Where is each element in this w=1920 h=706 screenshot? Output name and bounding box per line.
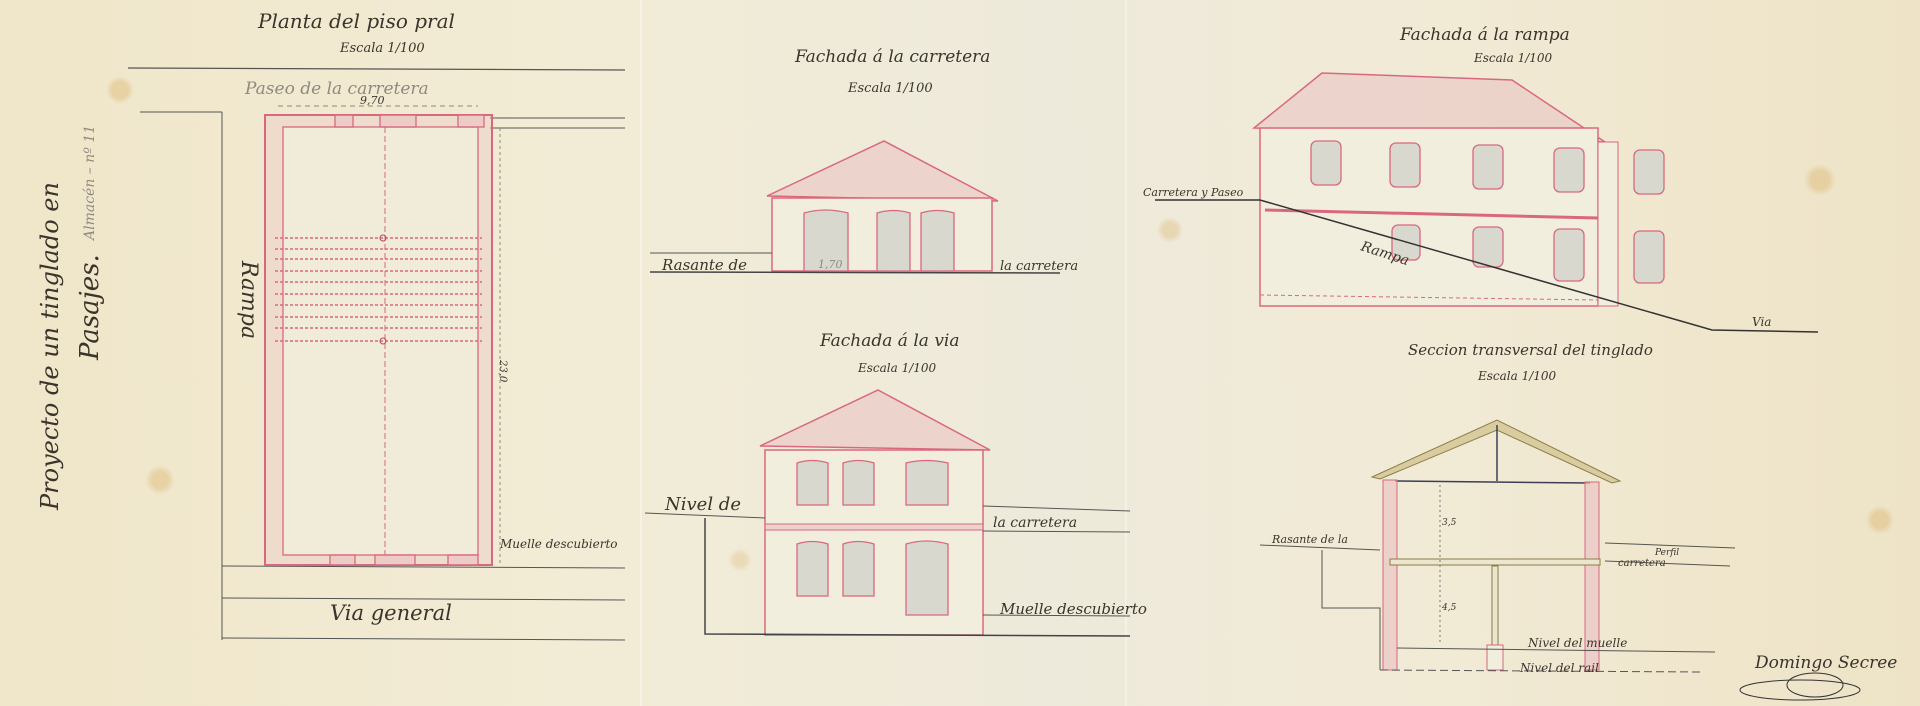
level-label-left: Nivel de bbox=[664, 494, 741, 515]
facade-rail-scale: Escala 1/100 bbox=[857, 361, 937, 375]
facade-ramp-scale: Escala 1/100 bbox=[1473, 51, 1553, 65]
project-title-text: Proyecto de un tinglado en bbox=[36, 182, 64, 511]
facade-ramp: Fachada á la rampa Escala 1/100 Carreter… bbox=[1143, 25, 1818, 332]
plan-title: Planta del piso pral bbox=[257, 9, 455, 33]
grade-label-left: Rasante de bbox=[661, 256, 747, 274]
grade-label-right: la carretera bbox=[1000, 259, 1078, 274]
section-floor-label: Nivel del muelle bbox=[1527, 636, 1627, 650]
architectural-drawing-sheet: Proyecto de un tinglado en Pasajes. Alma… bbox=[0, 0, 1920, 706]
signature-text: Domingo Secree bbox=[1754, 653, 1897, 673]
ramp-right-label: Via bbox=[1752, 315, 1771, 329]
drawing-canvas: Proyecto de un tinglado en Pasajes. Alma… bbox=[0, 0, 1920, 706]
section-title: Seccion transversal del tinglado bbox=[1408, 341, 1653, 359]
facade-road-scale: Escala 1/100 bbox=[847, 81, 933, 96]
signature: Domingo Secree bbox=[1740, 653, 1897, 700]
section-profile-label: Perfil bbox=[1654, 548, 1679, 558]
facade-rail: Fachada á la via Escala 1/100 Nivel de l… bbox=[645, 331, 1147, 636]
grade-dim: 1,70 bbox=[818, 258, 843, 271]
floor-plan: Planta del piso pral Escala 1/100 Paseo … bbox=[128, 9, 625, 640]
facade-road: Fachada á la carretera Escala 1/100 Rasa… bbox=[650, 47, 1078, 274]
section-lower-dim: 4,5 bbox=[1441, 603, 1457, 613]
ramp-label: Rampa bbox=[236, 260, 261, 339]
level-label-right: la carretera bbox=[993, 515, 1077, 531]
facade-ramp-title: Fachada á la rampa bbox=[1399, 25, 1570, 45]
plan-scale: Escala 1/100 bbox=[339, 41, 425, 56]
section-left-label: Rasante de la bbox=[1271, 533, 1348, 546]
via-general-label: Via general bbox=[330, 601, 452, 625]
road-label-top: Paseo de la carretera bbox=[244, 79, 429, 99]
project-place-text: Pasajes. bbox=[75, 254, 105, 361]
vertical-project-title: Proyecto de un tinglado en Pasajes. Alma… bbox=[36, 125, 105, 511]
section-upper-dim: 3,5 bbox=[1442, 518, 1457, 528]
facade-road-title: Fachada á la carretera bbox=[794, 47, 990, 67]
plan-width-dim: 9,70 bbox=[360, 94, 385, 107]
archive-note: Almacén – nº 11 bbox=[82, 125, 98, 242]
section-rail-label: Nivel del rail bbox=[1519, 661, 1599, 675]
cross-section: Seccion transversal del tinglado Escala … bbox=[1260, 341, 1735, 675]
facade-rail-title: Fachada á la via bbox=[819, 331, 960, 351]
plan-length-dim: 23,0 bbox=[497, 359, 508, 383]
section-scale: Escala 1/100 bbox=[1477, 369, 1557, 383]
ramp-left-label: Carretera y Paseo bbox=[1143, 186, 1244, 199]
quay-label-rail: Muelle descubierto bbox=[999, 600, 1147, 618]
section-right-label: carretera bbox=[1618, 558, 1666, 569]
quay-label: Muelle descubierto bbox=[499, 537, 618, 551]
